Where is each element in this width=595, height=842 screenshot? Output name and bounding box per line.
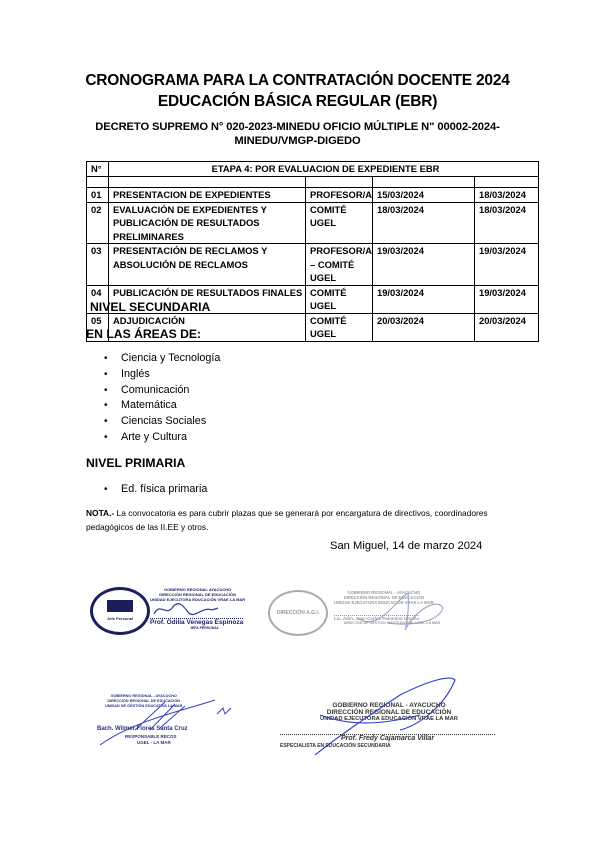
secundaria-heading: NIVEL SECUNDARIA	[90, 300, 210, 314]
note: NOTA.- La convocatoria es para cubrir pl…	[86, 506, 526, 534]
document-title: CRONOGRAMA PARA LA CONTRATACIÓN DOCENTE …	[0, 72, 595, 90]
blank-row	[87, 177, 539, 188]
schedule-table: N° ETAPA 4: POR EVALUACION DE EXPEDIENTE…	[86, 161, 539, 342]
row-number: 02	[87, 202, 109, 244]
primaria-areas-list: Ed. física primaria	[104, 482, 207, 498]
schedule-header-row: N° ETAPA 4: POR EVALUACION DE EXPEDIENTE…	[87, 162, 539, 177]
signature-stamp-specialist: GOBIERNO REGIONAL - AYACUCHO DIRECCIÓN R…	[280, 690, 500, 760]
row-responsible: COMITÉ UGEL	[306, 202, 373, 244]
row-responsible: PROFESOR/A – COMITÉ UGEL	[306, 244, 373, 286]
table-row: 01 PRESENTACION DE EXPEDIENTES PROFESOR/…	[87, 188, 539, 203]
document-subtitle: EDUCACIÓN BÁSICA REGULAR (EBR)	[0, 93, 595, 111]
list-item: Arte y Cultura	[104, 430, 220, 446]
row-number: 01	[87, 188, 109, 203]
list-item: Ciencias Sociales	[104, 414, 220, 430]
row-end-date: 18/03/2024	[475, 202, 539, 244]
signature-stamp-director: DIRECCIÓN A.G.I. GOBIERNO REGIONAL - AYA…	[268, 588, 468, 648]
list-item: Inglés	[104, 367, 220, 383]
decree-reference-line2: MINEDU/VMGP-DIGEDO	[0, 135, 595, 147]
list-item: Comunicación	[104, 383, 220, 399]
row-start-date: 15/03/2024	[373, 188, 475, 203]
note-label: NOTA.-	[86, 508, 114, 518]
row-responsible: PROFESOR/A	[306, 188, 373, 203]
row-number: 03	[87, 244, 109, 286]
stage-header: ETAPA 4: POR EVALUACION DE EXPEDIENTE EB…	[109, 162, 539, 177]
signature-scribble-icon	[348, 588, 448, 638]
signature-stamp-recos: GOBIERNO REGIONAL - AYACUCHO DIRECCIÓN R…	[95, 690, 265, 750]
row-start-date: 19/03/2024	[373, 285, 475, 313]
row-activity: PRESENTACIÓN DE RECLAMOS Y ABSOLUCIÓN DE…	[109, 244, 306, 286]
row-end-date: 18/03/2024	[475, 188, 539, 203]
areas-heading: EN LAS ÁREAS DE:	[86, 327, 201, 341]
row-responsible: COMITÉ UGEL	[306, 285, 373, 313]
row-start-date: 19/03/2024	[373, 244, 475, 286]
number-column-header: N°	[87, 162, 109, 177]
row-end-date: 19/03/2024	[475, 244, 539, 286]
signature-stamp-personal: Jefe Personal GOBIERNO REGIONAL AYACUCHO…	[90, 585, 290, 645]
signature-scribble-icon	[95, 690, 265, 750]
row-activity: PRESENTACION DE EXPEDIENTES	[109, 188, 306, 203]
list-item: Ed. física primaria	[104, 482, 207, 498]
row-activity: EVALUACIÓN DE EXPEDIENTES Y PUBLICACIÓN …	[109, 202, 306, 244]
note-text: La convocatoria es para cubrir plazas qu…	[86, 508, 488, 532]
secundaria-areas-list: Ciencia y Tecnología Inglés Comunicación…	[104, 351, 220, 446]
row-start-date: 18/03/2024	[373, 202, 475, 244]
table-row: 03 PRESENTACIÓN DE RECLAMOS Y ABSOLUCIÓN…	[87, 244, 539, 286]
primaria-heading: NIVEL PRIMARIA	[86, 456, 185, 470]
row-end-date: 20/03/2024	[475, 313, 539, 341]
seal-icon: DIRECCIÓN A.G.I.	[268, 590, 328, 636]
table-row: 02 EVALUACIÓN DE EXPEDIENTES Y PUBLICACI…	[87, 202, 539, 244]
place-date: San Miguel, 14 de marzo 2024	[330, 540, 482, 552]
row-end-date: 19/03/2024	[475, 285, 539, 313]
seal-icon: Jefe Personal	[90, 587, 150, 635]
decree-reference-line1: DECRETO SUPREMO N° 020-2023-MINEDU OFICI…	[0, 121, 595, 133]
signature-scribble-icon	[152, 602, 222, 618]
list-item: Matemática	[104, 398, 220, 414]
list-item: Ciencia y Tecnología	[104, 351, 220, 367]
row-responsible: COMITÉ UGEL	[306, 313, 373, 341]
row-start-date: 20/03/2024	[373, 313, 475, 341]
